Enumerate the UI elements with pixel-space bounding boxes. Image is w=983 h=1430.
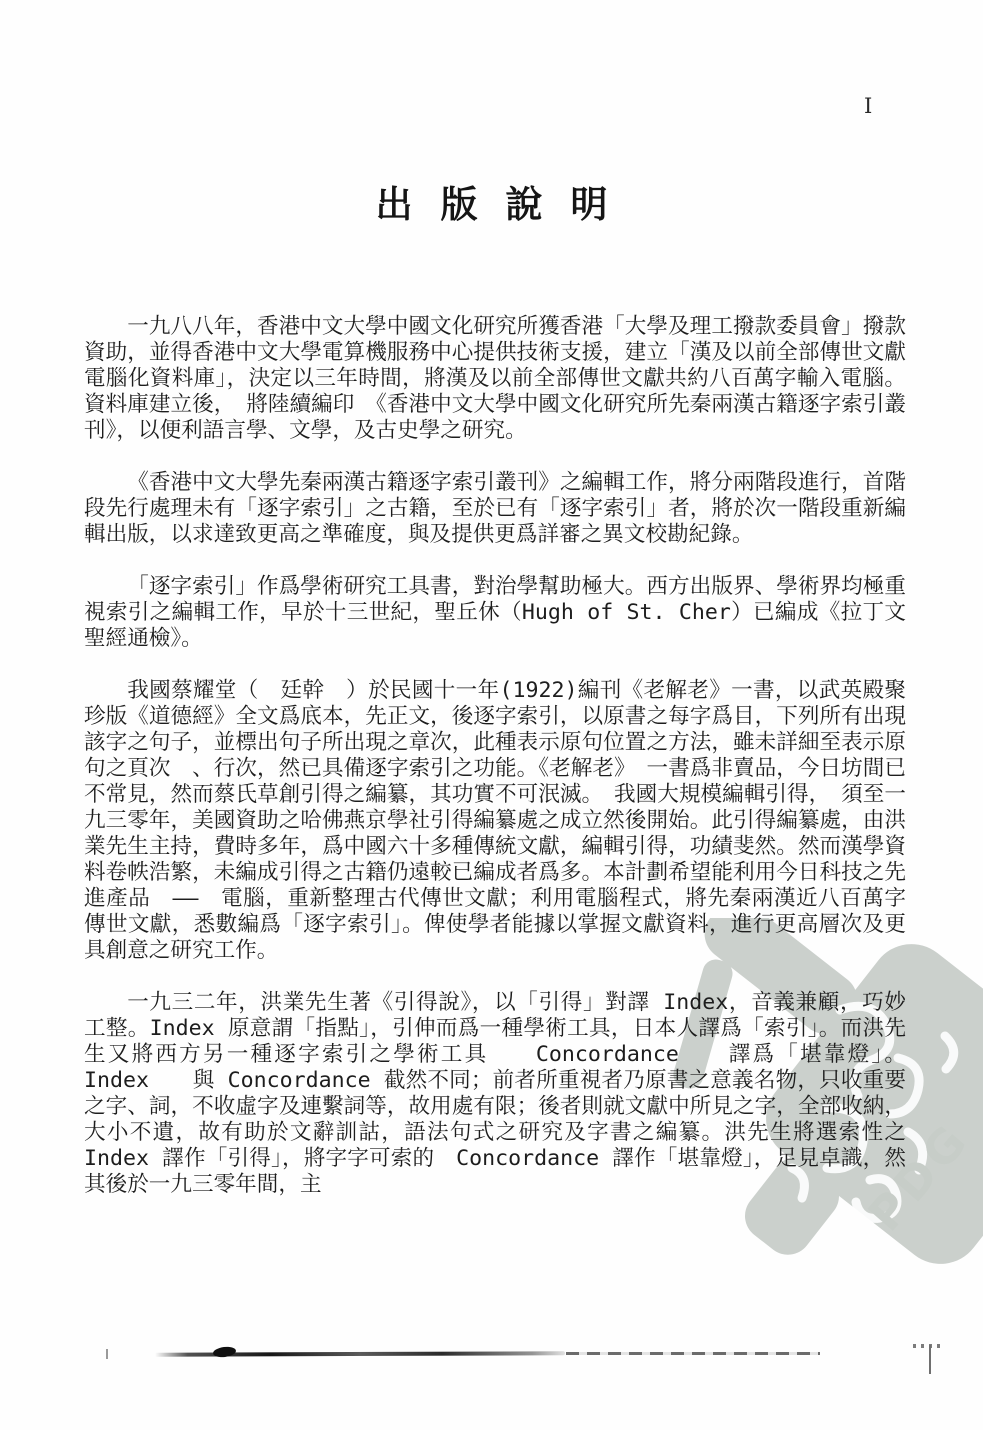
scanned-document-page: PDG I 出版說明 一九八八年，香港中文大學中國文化研究所獲香港「大學及理工撥… [0,0,983,1430]
scan-artifact-left-tick [106,1349,108,1359]
scan-artifact-ink-blob [212,1346,236,1359]
scan-artifact-right-specks [913,1344,941,1348]
paragraph-2: 《香港中文大學先秦兩漢古籍逐字索引叢刊》之編輯工作，將分兩階段進行，首階段先行處… [84,470,906,548]
scan-artifact-faint-tail [566,1352,820,1355]
page-title: 出版說明 [0,174,983,228]
scan-artifact-right-tick [929,1345,931,1374]
paragraph-5: 一九三二年，洪業先生著《引得說》，以「引得」對譯 Index，音義兼顧，巧妙工整… [84,990,906,1198]
page-number: I [864,94,872,118]
paragraph-1: 一九八八年，香港中文大學中國文化研究所獲香港「大學及理工撥款委員會」撥款資助，並… [84,314,906,444]
paragraph-3: 「逐字索引」作爲學術研究工具書，對治學幫助極大。西方出版界、學術界均極重視索引之… [84,574,906,652]
paragraph-4: 我國蔡耀堂（ 廷幹 ）於民國十一年(1922)編刊《老解老》一書，以武英殿聚珍版… [84,678,906,964]
document-body: 一九八八年，香港中文大學中國文化研究所獲香港「大學及理工撥款委員會」撥款資助，並… [84,314,906,1224]
